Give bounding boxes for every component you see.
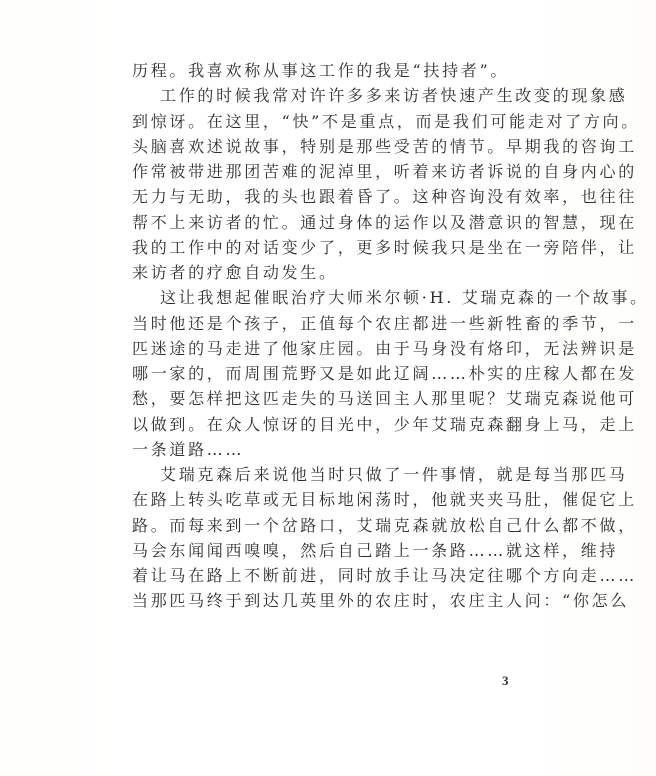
body-text: 历程。我喜欢称从事这工作的我是“扶持者”。 工作的时候我常对许许多多来访者快速产… <box>132 58 514 614</box>
text-line: 路。而每来到一个岔路口，艾瑞克森就放松自己什么都不做， <box>132 513 514 538</box>
text-line: 在路上转头吃草或无目标地闲荡时，他就夹夹马肚，催促它上 <box>132 487 514 512</box>
text-line: 愁，要怎样把这匹走失的马送回主人那里呢？艾瑞克森说他可 <box>132 386 514 411</box>
text-line: 我的工作中的对话变少了，更多时候我只是坐在一旁陪伴，让 <box>132 235 514 260</box>
text-line: 哪一家的，而周围荒野又是如此辽阔……朴实的庄稼人都在发 <box>132 361 514 386</box>
book-page: 历程。我喜欢称从事这工作的我是“扶持者”。 工作的时候我常对许许多多来访者快速产… <box>0 0 656 776</box>
text-line: 到惊讶。在这里，“快”不是重点，而是我们可能走对了方向。 <box>132 109 514 134</box>
text-line: 来访者的疗愈自动发生。 <box>132 260 514 285</box>
text-line: 作常被带进那团苦难的泥淖里，听着来访者诉说的自身内心的 <box>132 159 514 184</box>
text-line: 以做到。在众人惊讶的目光中，少年艾瑞克森翻身上马，走上 <box>132 412 514 437</box>
page-number: 3 <box>502 673 509 689</box>
text-line: 工作的时候我常对许许多多来访者快速产生改变的现象感 <box>132 83 514 108</box>
text-line: 着让马在路上不断前进，同时放手让马决定往哪个方向走…… <box>132 563 514 588</box>
text-line: 艾瑞克森后来说他当时只做了一件事情，就是每当那匹马 <box>132 462 514 487</box>
text-line: 头脑喜欢述说故事，特别是那些受苦的情节。早期我的咨询工 <box>132 134 514 159</box>
text-line: 当时他还是个孩子，正值每个农庄都进一些新牲畜的季节，一 <box>132 311 514 336</box>
text-line: 无力与无助，我的头也跟着昏了。这种咨询没有效率，也往往 <box>132 184 514 209</box>
text-line: 当那匹马终于到达几英里外的农庄时，农庄主人问：“你怎么 <box>132 588 514 613</box>
text-line: 历程。我喜欢称从事这工作的我是“扶持者”。 <box>132 58 514 83</box>
text-line: 这让我想起催眠治疗大师米尔顿·H. 艾瑞克森的一个故事。 <box>132 285 514 310</box>
text-line: 帮不上来访者的忙。通过身体的运作以及潜意识的智慧，现在 <box>132 210 514 235</box>
text-line: 一条道路…… <box>132 437 514 462</box>
text-line: 匹迷途的马走进了他家庄园。由于马身没有烙印，无法辨识是 <box>132 336 514 361</box>
text-line: 马会东闻闻西嗅嗅，然后自己踏上一条路……就这样，维持 <box>132 538 514 563</box>
